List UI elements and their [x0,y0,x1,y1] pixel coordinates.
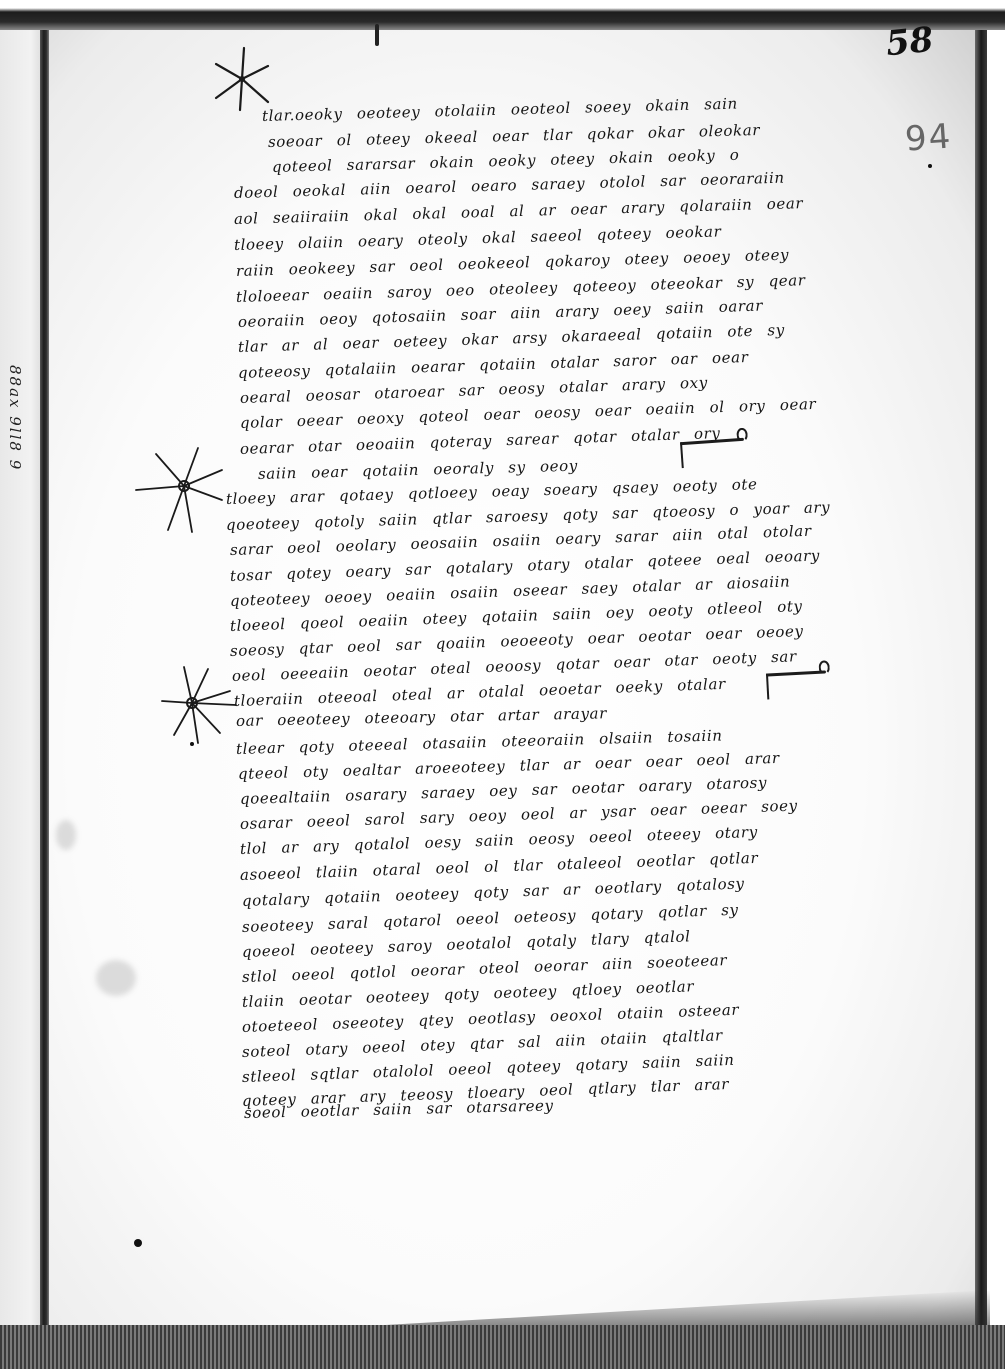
page-stain [96,960,136,996]
ink-spot [134,1239,142,1247]
ink-spot [190,742,194,746]
pencil-folio-number: 94 [904,116,954,159]
eight-pointed-star-icon [158,663,238,745]
facing-page-edge [0,14,44,1334]
scan-margin [987,0,1005,1369]
page-right-edge [975,14,987,1334]
page-stain [56,820,76,850]
page-bottom-edge [0,1325,1005,1369]
folio-number: 58 [884,20,935,65]
seven-pointed-star-icon [134,444,226,536]
six-pointed-star-icon [212,44,272,114]
facing-page-margin-text: 88ax 9ll8 9 [6,365,24,471]
manuscript-scan: 58 94 88ax 9ll8 9 [0,0,1005,1369]
ink-mark [375,24,379,46]
binding-gutter [40,14,49,1334]
ink-spot [928,164,932,168]
page-top-edge [0,0,1005,30]
